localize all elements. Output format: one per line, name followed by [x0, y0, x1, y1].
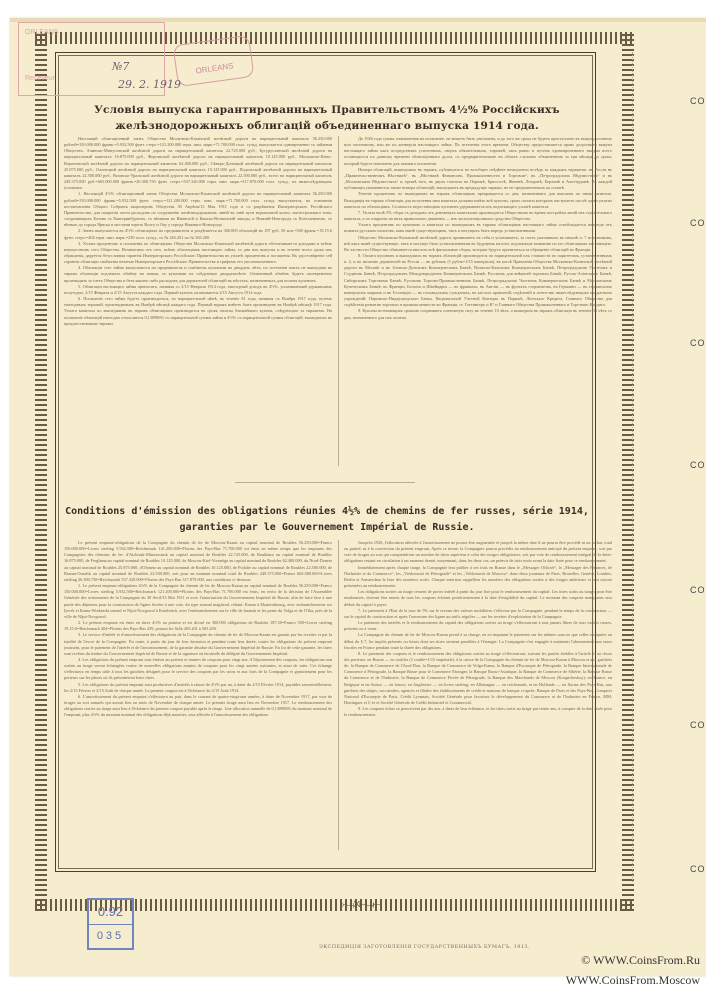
stamp-top-value: 0.92: [89, 900, 132, 925]
paragraph: 1. Настоящій 4½% облигаціонный заемъ Общ…: [64, 191, 332, 228]
paragraph: 8. Le paiement des coupons et le rembour…: [344, 651, 612, 706]
coupon-stub: CO: [690, 864, 706, 874]
coupon-header: CO: [690, 338, 706, 348]
handwritten-number: №7: [112, 60, 129, 73]
paragraph: Le présent emprunt-obligations de la Com…: [64, 540, 332, 583]
paragraph: Уплата процентовъ по купонамъ и капитала…: [344, 222, 612, 234]
coupon-header: CO: [690, 585, 706, 595]
column-divider: [338, 540, 339, 850]
paragraph: Le paiement des intérêts et le rembourse…: [344, 620, 612, 632]
paragraph: Immédiatement après chaque tirage, la Co…: [344, 565, 612, 590]
paragraph: 3. Уплата процентовъ и погашенія по обли…: [64, 241, 332, 266]
coupon-stub: CO: [690, 96, 706, 106]
paragraph: 4. Les obligations du présent emprunt so…: [64, 657, 332, 682]
stamp-line: Receveur: [25, 75, 55, 82]
paragraph: La Compagnie du chemin de fer de Moscou-…: [344, 632, 612, 650]
ornament-flourish: ⟜⟞✕⟝⟞⟝: [295, 900, 425, 910]
perforation-edge: [632, 52, 639, 882]
section-divider: [235, 482, 415, 483]
paragraph: Номера облигацій, вышедшихъ въ тиражъ, п…: [344, 167, 612, 192]
title-russian: Условія выпуска гарантированныхъ Правите…: [58, 102, 596, 134]
paragraph: 5. Облигаціи настоящаго займа приносятъ,…: [64, 284, 332, 296]
paragraph: 5. Les obligations du présent emprunt so…: [64, 682, 332, 694]
watermark-line-2: WWW.CoinsFrom.Moscow: [566, 973, 700, 988]
paragraph: 7. Уплата налѣ 5% сбора съ доходовъ отъ …: [344, 210, 612, 222]
title-french: Conditions d'émission des obligations ré…: [58, 504, 596, 536]
paragraph: 8. Оплата купоновъ и вышедшихъ въ тиражъ…: [344, 253, 612, 308]
paragraph: 2. Le présent emprunt est émis en titres…: [64, 620, 332, 632]
paragraph: 6. Погашеніе сего займа будетъ производи…: [64, 296, 332, 327]
paragraph: 3. Le service d'intérêt et d'amortisseme…: [64, 632, 332, 657]
paragraph: Общество Московско-Казанской желѣзной до…: [344, 235, 612, 253]
coupon-stub: CO: [690, 218, 706, 228]
coupon-header: CO: [690, 864, 706, 874]
french-column-left: Le présent emprunt-obligations de la Com…: [64, 540, 332, 850]
paragraph: 7. Le paiement à l'Etat de la taxe de 5%…: [344, 608, 612, 620]
paragraph: Настоящій облигаціонный заемъ Общества М…: [64, 136, 332, 191]
coupon-stub: CO: [690, 460, 706, 470]
paragraph: Les obligations sorties au tirage cessen…: [344, 589, 612, 607]
watermark-line-1: © WWW.CoinsFrom.Ru: [581, 953, 700, 968]
paragraph: 9. Купоны истекающихъ срокомъ сохраняютъ…: [344, 308, 612, 320]
printer-imprint: ЭКСПЕДИЦІЯ ЗАГОТОВЛЕНІЯ ГОСУДАРСТВЕННЫХЪ…: [150, 944, 530, 950]
coupon-stub: CO: [690, 338, 706, 348]
coupon-header: CO: [690, 218, 706, 228]
coupon-header: CO: [690, 96, 706, 106]
stamp-line: ORLEANS: [25, 29, 58, 36]
paragraph: 9. Les coupons échus se prescrivent par …: [344, 706, 612, 718]
handwritten-date: 29. 2. 1919: [118, 78, 181, 91]
stamp-text: ORLEANS: [195, 61, 234, 75]
paragraph: 6. L'amortissement du présent emprunt s'…: [64, 694, 332, 719]
paragraph: Jusqu'en 1926, l'allocation affectée à l…: [344, 540, 612, 565]
paragraph: 1. Le présent emprunt-obligations 4½% de…: [64, 583, 332, 620]
blue-number-stamp: 0.92 035: [87, 898, 134, 950]
paragraph: 4. Облигаціи сего займа выпускаются на п…: [64, 265, 332, 283]
coupon-stub: CO: [690, 585, 706, 595]
paragraph: Теченіе процентовъ по вышедшимъ въ тираж…: [344, 191, 612, 209]
french-column-right: Jusqu'en 1926, l'allocation affectée à l…: [344, 540, 612, 850]
coupon-header: CO: [690, 460, 706, 470]
coupon-stub: CO: [690, 720, 706, 730]
russian-column-right: До 1926 года сумма, назначенная на погаш…: [344, 136, 612, 481]
stamp-bottom-value: 035: [89, 925, 132, 947]
paragraph: 2. Заемъ выпускается въ 4½% облигаціяхъ …: [64, 228, 332, 240]
column-divider: [338, 136, 339, 466]
russian-column-left: Настоящій облигаціонный заемъ Общества М…: [64, 136, 332, 481]
paragraph: До 1926 года сумма, назначенная на погаш…: [344, 136, 612, 167]
coupon-header: CO: [690, 720, 706, 730]
